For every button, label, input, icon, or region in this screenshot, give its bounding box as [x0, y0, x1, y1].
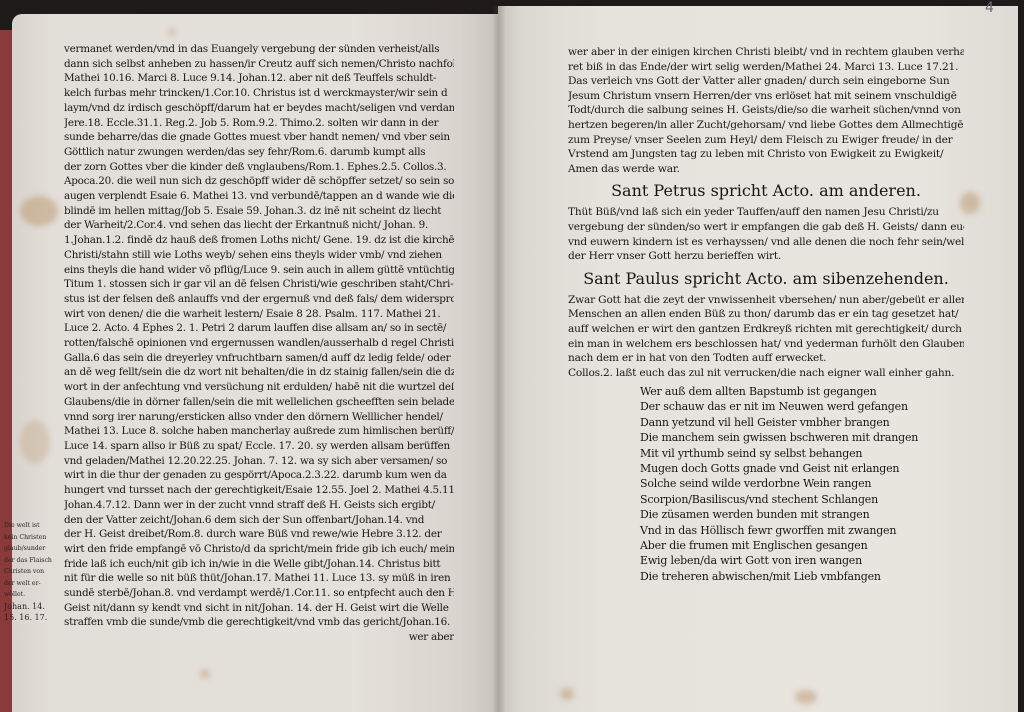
poem-line: Dann yetzund vil hell Geister vmbher bra…	[640, 415, 918, 430]
text-line: Mathei 13. Luce 8. solche haben mancherl…	[64, 424, 454, 439]
text-line: Jesum Christum vnsern Herren/der vns erl…	[568, 89, 964, 104]
left-page-body: vermanet werden/vnd in das Euangely verg…	[64, 42, 454, 645]
text-line: wort in der anfechtung vnd versüchung ni…	[64, 380, 454, 395]
text-line: Vrstend am Jungsten tag zu leben mit Chr…	[568, 147, 964, 162]
pencil-page-mark: 4	[985, 0, 994, 16]
poem-line: Mugen doch Gotts gnade vnd Geist nit erl…	[640, 461, 918, 476]
text-line: fride laß ich euch/nit gib ich in/wie in…	[64, 557, 454, 572]
margin-note-line: kein Christen	[4, 532, 56, 544]
poem-line: Die treheren abwischen/mit Lieb vmbfange…	[640, 569, 918, 584]
poem-line: Vnd in das Höllisch fewr gworffen mit zw…	[640, 523, 918, 538]
poem-line: Scorpion/Basiliscus/vnd stechent Schlang…	[640, 492, 918, 507]
text-line: wirt von denen/ die die warheit lestern/…	[64, 307, 454, 322]
text-line: Titum 1. stossen sich ir gar vil an dē f…	[64, 277, 454, 292]
text-line: Galla.6 das sein die dreyerley vnfruchtb…	[64, 351, 454, 366]
text-line: straffen vmb die sunde/vmb die gerechtig…	[64, 615, 454, 630]
margin-note: Die welt ist kein Christen glaub/sunder …	[4, 520, 56, 624]
text-line: rotten/falschē opinionen vnd ergernussen…	[64, 336, 454, 351]
stain	[560, 688, 574, 700]
text-line: Luce 2. Acto. 4 Ephes 2. 1. Petri 2 daru…	[64, 321, 454, 336]
text-line: Mathei 10.16. Marci 8. Luce 9.14. Johan.…	[64, 71, 454, 86]
text-line: der zorn Gottes vber die kinder deß vngl…	[64, 160, 454, 175]
text-line: vnd geladen/Mathei 12.20.22.25. Johan. 7…	[64, 454, 454, 469]
text-line: Geist nit/dann sy kendt vnd sicht in nit…	[64, 601, 454, 616]
text-line: nach dem er in hat von den Todten auff e…	[568, 351, 964, 366]
text-line: 1.Johan.1.2. findē dz hauß deß fromen Lo…	[64, 233, 454, 248]
text-line: augen verplendt Esaie 6. Mathei 13. vnd …	[64, 189, 454, 204]
text-line: wirt in die thur der genaden zu gespörrt…	[64, 468, 454, 483]
poem-line: Ewig leben/da wirt Gott von iren wangen	[640, 553, 918, 568]
text-line: laym/vnd dz irdisch geschöpff/darum hat …	[64, 101, 454, 116]
text-line: Menschen an allen enden Büß zu thon/ dar…	[568, 307, 964, 322]
right-page-body: wer aber in der einigen kirchen Christi …	[568, 45, 964, 380]
section-heading-petrus: Sant Petrus spricht Acto. am anderen.	[568, 180, 964, 202]
margin-note-line: der welt er-	[4, 578, 56, 590]
text-line: Collos.2. laßt euch das zul nit verrucke…	[568, 366, 964, 381]
text-line: sundē sterbē/Johan.8. vnd verdampt werdē…	[64, 586, 454, 601]
text-line: Luce 14. sparn allso ir Büß zu spat/ Ecc…	[64, 439, 454, 454]
text-line: ein man in welchem ers beschlossen hat/ …	[568, 337, 964, 352]
text-line: nit für die welle so nit büß thüt/Johan.…	[64, 571, 454, 586]
text-line: auff welchen er wirt den gantzen Erdkrey…	[568, 322, 964, 337]
text-line: Amen das werde war.	[568, 162, 964, 177]
text-line: Thüt Büß/vnd laß sich ein yeder Tauffen/…	[568, 205, 964, 220]
text-line: vnd euwern kindern ist es verhayssen/ vn…	[568, 235, 964, 250]
text-line: der Warheit/2.Cor.4. vnd sehen das liech…	[64, 218, 454, 233]
margin-note-line: 15. 16. 17.	[4, 612, 56, 624]
stain	[20, 196, 58, 226]
text-line: Das verleich vns Gott der Vatter aller g…	[568, 74, 964, 89]
margin-note-line: der das Flaisch	[4, 555, 56, 567]
text-line: ret biß in das Ende/der wirt selig werde…	[568, 60, 964, 75]
section-heading-paulus: Sant Paulus spricht Acto. am sibenzehend…	[568, 268, 964, 290]
text-line: dann sich selbst anheben zu hassen/ir Cr…	[64, 57, 454, 72]
text-line: Zwar Gott hat die zeyt der vnwissenheit …	[568, 293, 964, 308]
poem-line: Der schauw das er nit im Neuwen werd gef…	[640, 399, 918, 414]
stain	[168, 28, 176, 36]
text-line: Todt/durch die salbung seines H. Geists/…	[568, 103, 964, 118]
text-line: hertzen begeren/in aller Zucht/gehorsam/…	[568, 118, 964, 133]
poem-line: Aber die frumen mit Englischen gesangen	[640, 538, 918, 553]
margin-note-line: Die welt ist	[4, 520, 56, 532]
text-line: sunde beharre/das die gnade Gottes muest…	[64, 130, 454, 145]
margin-note-line: glaub/sunder	[4, 543, 56, 555]
text-line: vermanet werden/vnd in das Euangely verg…	[64, 42, 454, 57]
catchword: wer aber	[64, 630, 454, 645]
stain	[20, 420, 50, 464]
poem-line: Solche seind wilde verdorbne Wein rangen	[640, 476, 918, 491]
text-line: hungert vnd tursset nach der gerechtigke…	[64, 483, 454, 498]
text-line: Johan.4.7.12. Dann wer in der zucht vnnd…	[64, 498, 454, 513]
text-line: Christi/stahn still wie Loths weyb/ sehe…	[64, 248, 454, 263]
text-line: Göttlich natur zwungen werden/das sey fe…	[64, 145, 454, 160]
text-line: der H. Geist dreibet/Rom.8. durch ware B…	[64, 527, 454, 542]
margin-note-line: Christen von	[4, 566, 56, 578]
book-gutter	[492, 6, 506, 712]
text-line: Apoca.20. die weil nun sich dz geschöpff…	[64, 174, 454, 189]
poem-line: Die züsamen werden bunden mit strangen	[640, 507, 918, 522]
poem-line: Mit vil yrthumb seind sy selbst behangen	[640, 446, 918, 461]
poem-line: Wer auß dem allten Bapstumb ist gegangen	[640, 384, 918, 399]
stain	[795, 690, 817, 704]
text-line: vnnd sorg irer narung/ersticken allso vn…	[64, 410, 454, 425]
text-line: wer aber in der einigen kirchen Christi …	[568, 45, 964, 60]
text-line: vergebung der sünden/so wert ir empfange…	[568, 220, 964, 235]
text-line: zum Preyse/ vnser Seelen zum Heyl/ dem F…	[568, 133, 964, 148]
poem: Wer auß dem allten Bapstumb ist gegangen…	[640, 384, 918, 584]
text-line: Jere.18. Eccle.31.1. Reg.2. Job 5. Rom.9…	[64, 116, 454, 131]
margin-note-line: wöllet.	[4, 589, 56, 601]
text-line: stus ist der felsen deß anlauffs vnd der…	[64, 292, 454, 307]
text-line: kelch furbas mehr trincken/1.Cor.10. Chr…	[64, 86, 454, 101]
stain	[200, 670, 210, 678]
poem-line: Die manchem sein gwissen bschweren mit d…	[640, 430, 918, 445]
text-line: der Herr vnser Gott herzu berieffen wirt…	[568, 249, 964, 264]
margin-note-line: Johan. 14.	[4, 601, 56, 613]
text-line: wirt den fride empfangē vō Christo/d da …	[64, 542, 454, 557]
text-line: an dē weg fellt/sein die dz wort nit beh…	[64, 365, 454, 380]
text-line: eins theyls die hand wider vō pflüg/Luce…	[64, 263, 454, 278]
text-line: den der Vatter zeicht/Johan.6 dem sich d…	[64, 513, 454, 528]
text-line: blindē im hellen mittag/Job 5. Esaie 59.…	[64, 204, 454, 219]
text-line: Glaubens/die in dörner fallen/sein die m…	[64, 395, 454, 410]
